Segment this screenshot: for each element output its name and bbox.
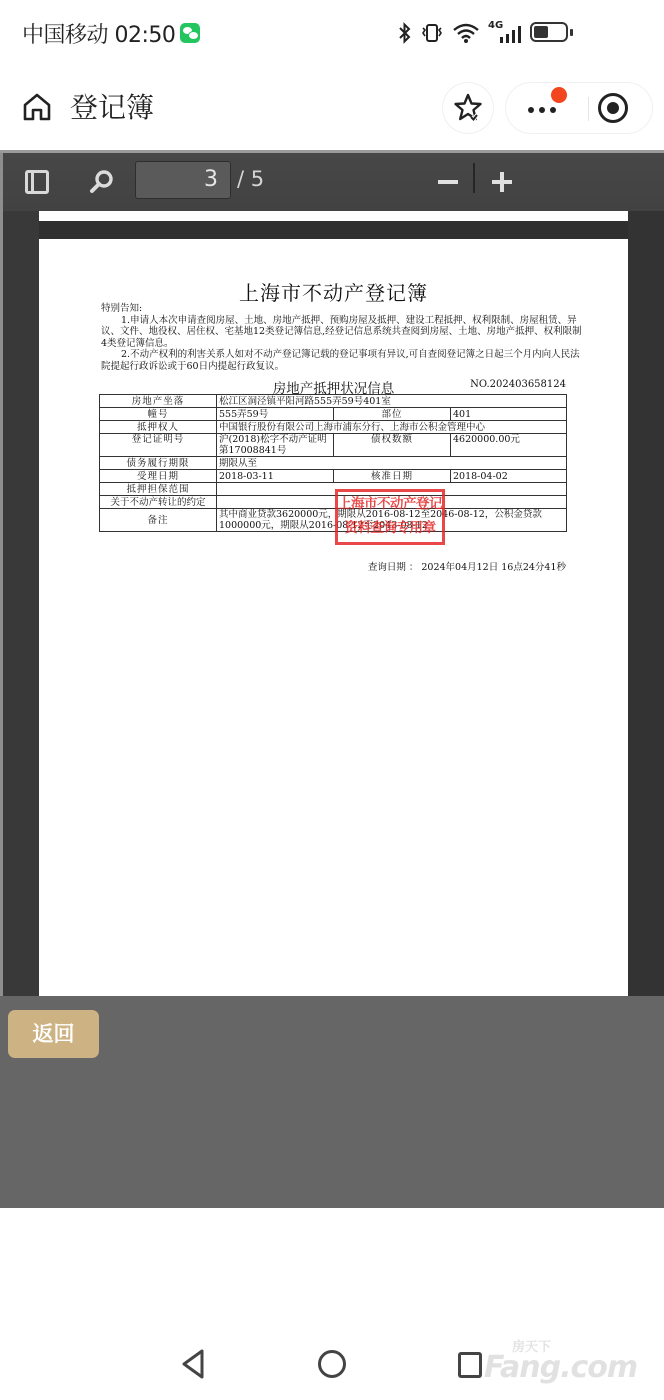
- battery-icon: [530, 22, 568, 42]
- table-row: 备注 其中商业贷款3620000元，期限从2016-08-12至2046-08-…: [100, 509, 567, 532]
- transfer-label: 关于不动产转让的约定: [100, 496, 217, 509]
- carrier-time: 中国移动 02:50: [22, 18, 175, 49]
- table-row: 债务履行期限 期限从至: [100, 457, 567, 470]
- 4g-signal-icon: 4G: [488, 22, 524, 44]
- star-icon: [452, 92, 484, 124]
- term-value: 期限从至: [217, 457, 567, 470]
- table-row: 抵押权人 中国银行股份有限公司上海市浦东分行、上海市公积金管理中心: [100, 421, 567, 434]
- accept-date-label: 受理日期: [100, 470, 217, 483]
- circle-home-icon[interactable]: [318, 1350, 346, 1378]
- right-gutter: [628, 211, 664, 996]
- location-value: 松江区洞泾镇平阳河路555弄59号401室: [217, 395, 567, 408]
- cert-value: 沪(2018)松字不动产证明第17008841号: [217, 434, 334, 457]
- home-icon[interactable]: [22, 92, 52, 122]
- previous-page-edge: [39, 211, 628, 221]
- term-label: 债务履行期限: [100, 457, 217, 470]
- mortgagee-value: 中国银行股份有限公司上海市浦东分行、上海市公积金管理中心: [217, 421, 567, 434]
- table-row: 登记证明号 沪(2018)松字不动产证明第17008841号 债权数额 4620…: [100, 434, 567, 457]
- search-icon[interactable]: [89, 169, 115, 195]
- table-row: 受理日期 2018-03-11 核准日期 2018-04-02: [100, 470, 567, 483]
- bluetooth-icon: [398, 22, 412, 44]
- document-number: NO.202403658124: [470, 379, 566, 390]
- zoom-divider: [473, 163, 475, 193]
- nav-bar: 登记簿: [0, 66, 664, 150]
- notice-label: 特别告知:: [101, 303, 583, 315]
- status-icons: 4G: [398, 20, 524, 46]
- amount-label: 债权数额: [334, 434, 451, 457]
- page-title: 登记簿: [70, 86, 154, 126]
- notice-item-1: 1.申请人本次申请查阅房屋、土地、房地产抵押、预购房屋及抵押、建设工程抵押、权利…: [101, 315, 583, 350]
- target-icon[interactable]: [598, 93, 628, 123]
- page-gap: [39, 221, 628, 239]
- amount-value: 4620000.00元: [451, 434, 567, 457]
- building-value: 555弄59号: [217, 408, 334, 421]
- back-button[interactable]: 返回: [8, 1010, 99, 1058]
- battery-tip: [570, 29, 573, 36]
- notification-badge: [551, 87, 567, 103]
- page-number-input[interactable]: 3: [135, 161, 231, 199]
- sidebar-toggle-icon[interactable]: [25, 170, 49, 194]
- triangle-back-icon[interactable]: [178, 1348, 208, 1380]
- page-total: / 5: [237, 167, 264, 191]
- building-label: 幢号: [100, 408, 217, 421]
- remark-label: 备注: [100, 509, 217, 532]
- accept-date-value: 2018-03-11: [217, 470, 334, 483]
- query-date: 查询日期 ： 2024年04月12日 16点24分41秒: [368, 559, 566, 573]
- scope-label: 抵押担保范围: [100, 483, 217, 496]
- table-row: 抵押担保范围: [100, 483, 567, 496]
- mortgage-table: 房地产坐落 松江区洞泾镇平阳河路555弄59号401室 幢号 555弄59号 部…: [99, 394, 567, 532]
- watermark-en: Fang.com: [484, 1350, 637, 1385]
- notice-item-2: 2.不动产权利的利害关系人如对不动产登记簿记载的登记事项有异议,可自查阅登记簿之…: [101, 349, 583, 372]
- pdf-page: 上海市不动产登记簿 特别告知: 1.申请人本次申请查阅房屋、土地、房地产抵押、预…: [39, 239, 628, 996]
- table-row: 房地产坐落 松江区洞泾镇平阳河路555弄59号401室: [100, 395, 567, 408]
- wechat-icon: [180, 23, 200, 43]
- wifi-icon: [452, 22, 480, 44]
- pdf-viewer: 3 / 5 上海市不动产登记簿 特别告知: 1.申请人本次申请查阅房屋、土地、房…: [0, 150, 664, 996]
- table-row: 幢号 555弄59号 部位 401: [100, 408, 567, 421]
- system-navigation-bar: 房天下 Fang.com: [0, 1330, 664, 1400]
- pdf-pages-area[interactable]: 上海市不动产登记簿 特别告知: 1.申请人本次申请查阅房屋、土地、房地产抵押、预…: [3, 211, 664, 996]
- special-notice: 特别告知: 1.申请人本次申请查阅房屋、土地、房地产抵押、预购房屋及抵押、建设工…: [101, 303, 583, 372]
- table-row: 关于不动产转让的约定: [100, 496, 567, 509]
- zoom-in-button[interactable]: [490, 165, 516, 195]
- mortgagee-label: 抵押权人: [100, 421, 217, 434]
- official-seal-stamp: 上海市不动产登记 资料查询专用章: [335, 489, 445, 545]
- unit-value: 401: [451, 408, 567, 421]
- zoom-out-button[interactable]: [436, 165, 462, 195]
- action-area: 返回: [0, 996, 664, 1208]
- vibrate-icon: [420, 22, 444, 44]
- stamp-line-2: 资料查询专用章: [338, 516, 442, 540]
- document-title: 上海市不动产登记簿: [39, 277, 628, 306]
- status-bar: 中国移动 02:50 4G: [0, 0, 664, 66]
- pdf-toolbar: 3 / 5: [3, 153, 664, 212]
- favorite-button[interactable]: [442, 82, 494, 134]
- approve-date-label: 核准日期: [334, 470, 451, 483]
- cert-label: 登记证明号: [100, 434, 217, 457]
- capsule-divider: [588, 97, 589, 121]
- stamp-line-1: 上海市不动产登记: [338, 492, 442, 516]
- approve-date-value: 2018-04-02: [451, 470, 567, 483]
- location-label: 房地产坐落: [100, 395, 217, 408]
- unit-label: 部位: [334, 408, 451, 421]
- square-recents-icon[interactable]: [458, 1352, 482, 1378]
- mini-program-capsule: [505, 82, 653, 134]
